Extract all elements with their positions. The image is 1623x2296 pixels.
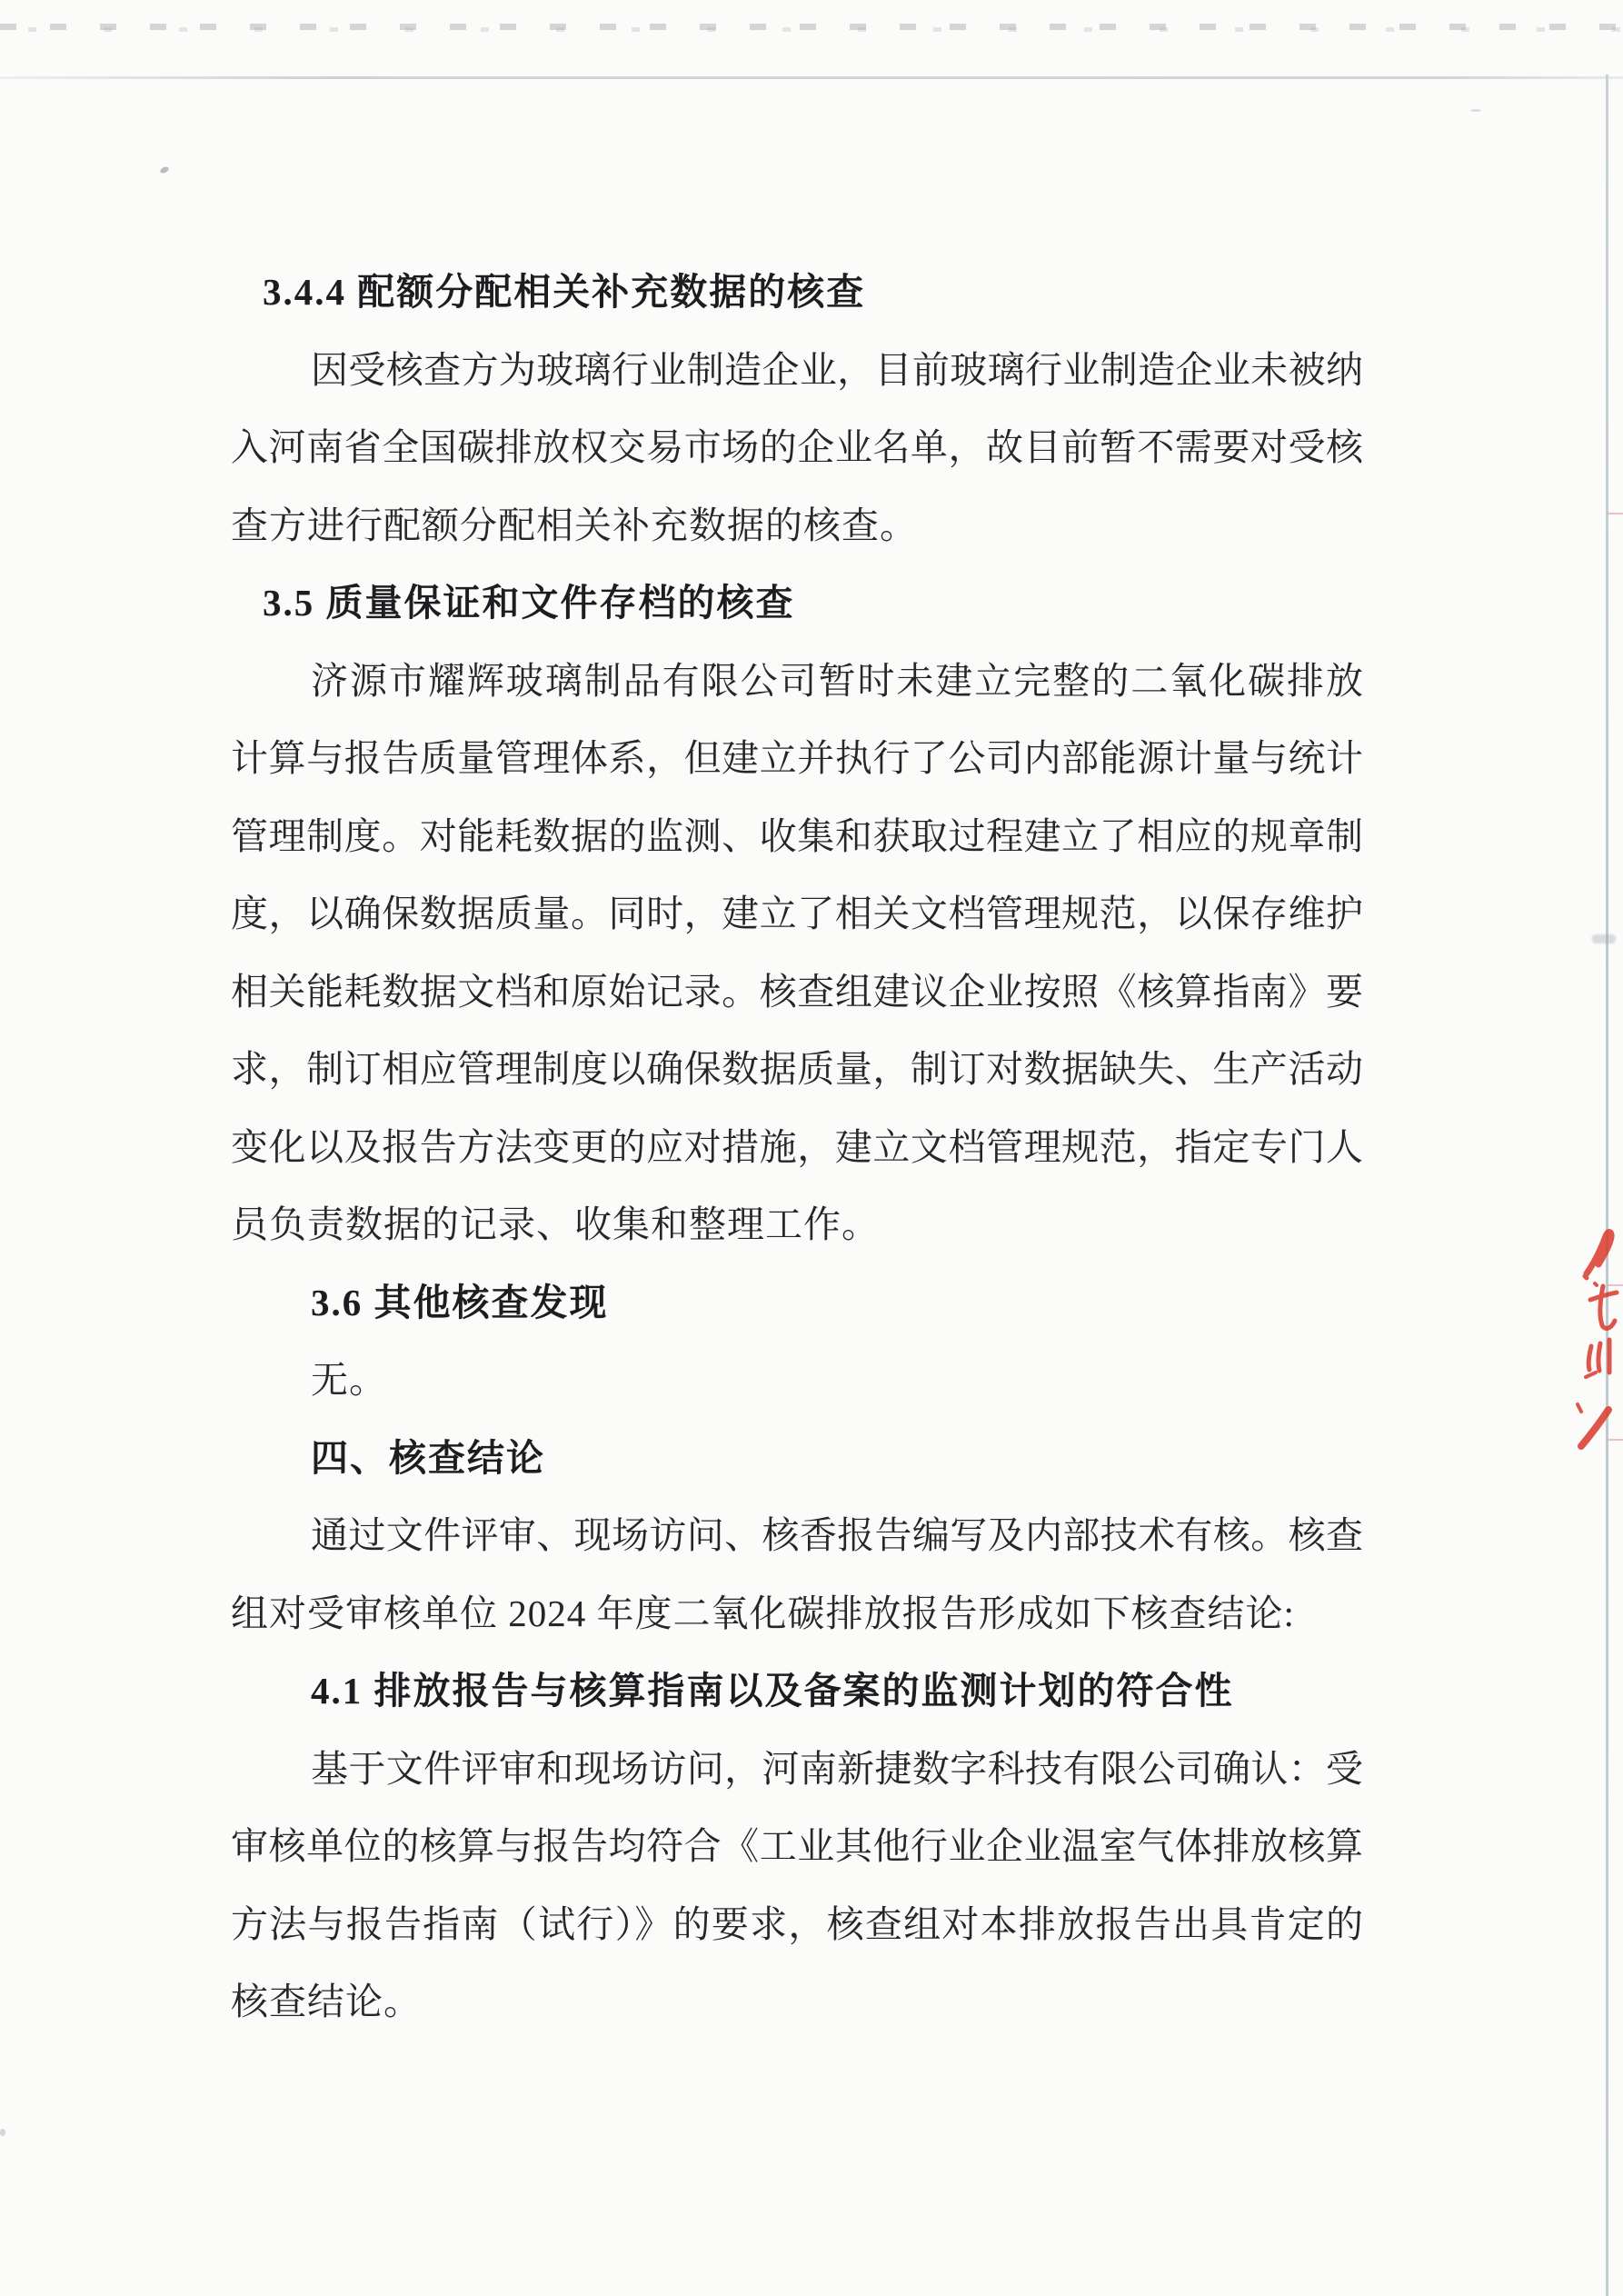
scanned-document-page: { "page": { "kind": "scanned verificatio… [0, 0, 1623, 2296]
scan-speck [0, 2129, 5, 2136]
paragraph-line: 核查结论。 [231, 1963, 1363, 2041]
section-heading-3-6: 3.6 其他核查发现 [231, 1264, 1363, 1343]
paragraph-line: 基于文件评审和现场访问，河南新捷数字科技有限公司确认：受 [231, 1731, 1363, 1809]
paragraph-line: 管理制度。对能耗数据的监测、收集和获取过程建立了相应的规章制 [231, 798, 1363, 876]
paragraph-line: 方法与报告指南（试行）》的要求，核查组对本排放报告出具肯定的 [231, 1886, 1363, 1964]
scan-speck [159, 165, 170, 175]
paragraph-line: 无。 [231, 1342, 1363, 1420]
document-text-block: 3.4.4 配额分配相关补充数据的核查 因受核查方为玻璃行业制造企业，目前玻璃行… [231, 254, 1363, 2041]
section-heading-3-5: 3.5 质量保证和文件存档的核查 [231, 564, 1363, 643]
section-heading-3-4-4: 3.4.4 配额分配相关补充数据的核查 [231, 254, 1363, 332]
paragraph-line: 度，以确保数据质量。同时，建立了相关文档管理规范，以保存维护 [231, 875, 1363, 953]
paragraph-line: 入河南省全国碳排放权交易市场的企业名单，故目前暂不需要对受核 [231, 409, 1363, 487]
section-heading-4-1: 4.1 排放报告与核算指南以及备案的监测计划的符合性 [231, 1652, 1363, 1731]
scan-artifact-top-dashes [0, 20, 1623, 35]
scan-speck [1470, 109, 1481, 112]
paragraph-line: 员负责数据的记录、收集和整理工作。 [231, 1186, 1363, 1264]
paragraph-line: 计算与报告质量管理体系，但建立并执行了公司内部能源计量与统计 [231, 720, 1363, 798]
paragraph-line: 查方进行配额分配相关补充数据的核查。 [231, 487, 1363, 565]
paragraph-line: 求，制订相应管理制度以确保数据质量，制订对数据缺失、生产活动 [231, 1031, 1363, 1109]
paragraph-line: 变化以及报告方法变更的应对措施，建立文档管理规范，指定专门人 [231, 1109, 1363, 1187]
handwritten-red-annotation [1545, 1182, 1623, 1472]
scan-artifact-top-line [0, 76, 1623, 79]
scan-artifact-smudge [1592, 934, 1616, 943]
paragraph-line: 通过文件评审、现场访问、核香报告编写及内部技术有核。核查 [231, 1497, 1363, 1575]
paragraph-line: 组对受审核单位 2024 年度二氧化碳排放报告形成如下核查结论: [231, 1575, 1363, 1653]
section-heading-4: 四、核查结论 [231, 1420, 1363, 1498]
paragraph-line: 济源市耀辉玻璃制品有限公司暂时未建立完整的二氧化碳排放 [231, 643, 1363, 721]
paragraph-line: 审核单位的核算与报告均符合《工业其他行业企业温室气体排放核算 [231, 1808, 1363, 1886]
scan-artifact-pink-line [1608, 513, 1623, 514]
paragraph-line: 因受核查方为玻璃行业制造企业，目前玻璃行业制造企业未被纳 [231, 332, 1363, 410]
paragraph-line: 相关能耗数据文档和原始记录。核查组建议企业按照《核算指南》要 [231, 953, 1363, 1032]
